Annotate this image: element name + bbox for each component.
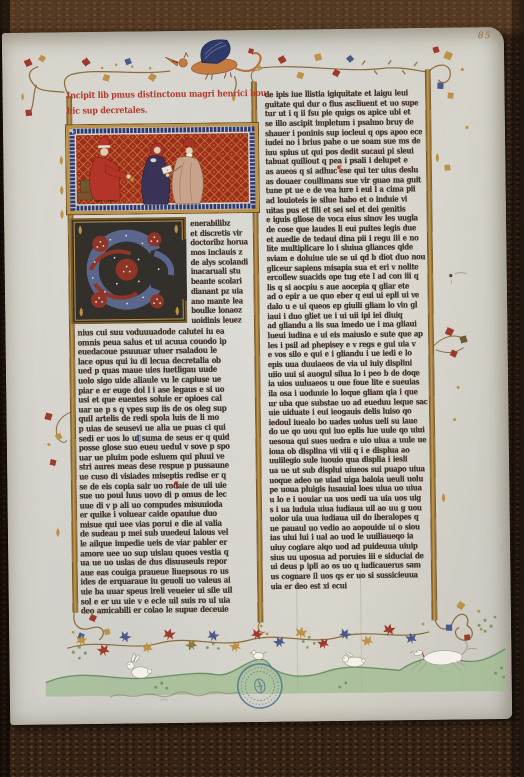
rubric-line: Incipit lib pmus distinctonu magri henri… [66,85,286,103]
manuscript-text-line: deo amicabili er colao le supue deceuie [81,604,261,617]
parchment-folio: 85 [2,27,512,725]
bottom-right-corner-flourish [435,600,483,650]
marginal-annotation [449,273,467,284]
bottom-border-vine [67,622,429,659]
miniature-painting [65,122,260,215]
right-margin-sprigs [431,153,472,502]
pilcrow-mark: ¶ [173,481,179,491]
rubric: Incipit lib pmus distinctonu magri henri… [66,85,286,118]
book-edge-shadow-right [512,0,524,777]
manuscript-text-line: uia er deo est xi ecui [271,579,434,592]
pilcrow-mark: ¶ [136,434,142,444]
bird-icon [250,650,267,659]
pilcrow-mark: ¶ [336,165,342,175]
text-column-right: de ipis iue llistia igiquitate et laigu … [265,88,434,593]
hare-icon [127,653,152,678]
text-column-left-beside-initial: enerabilibzet discretis virdoctoribz hor… [190,218,259,327]
miniature-scene [65,122,260,215]
manuscript-photograph: 85 [0,0,524,777]
decorated-initial [70,217,187,324]
rubric-line: hic sup decretales. [67,100,287,118]
text-column-left: nius cui suu voduuuadode calutei iu eaom… [77,326,261,618]
manuscript-text-line: uoidinis leuez [191,314,259,326]
